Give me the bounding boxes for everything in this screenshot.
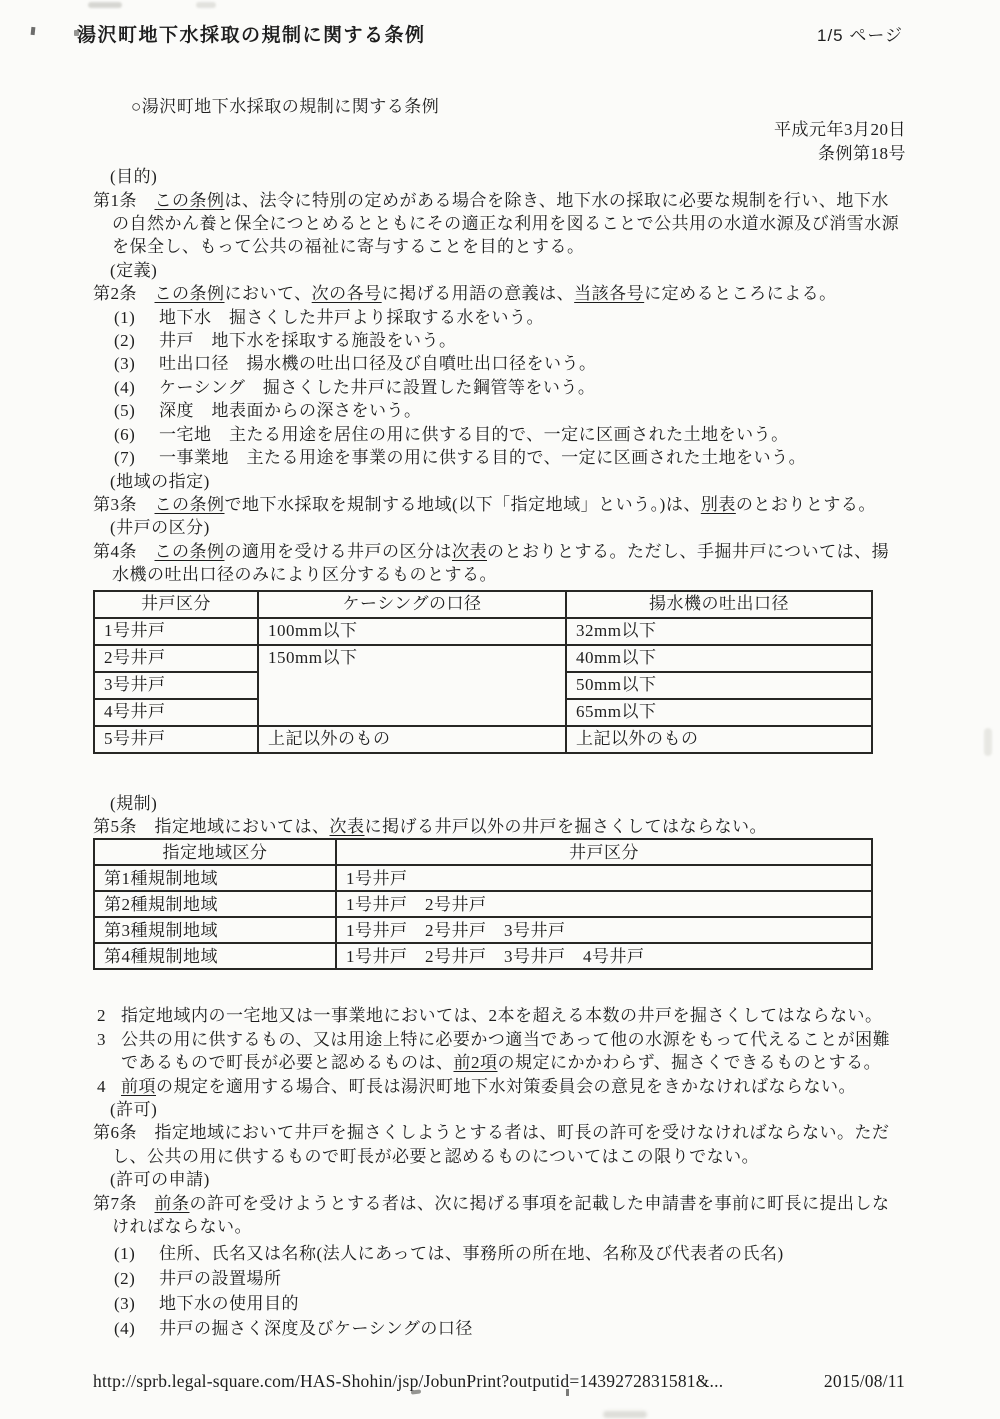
- discharge-cell: 50mm以下: [566, 672, 872, 699]
- definition-item: (7) 一事業地 主たる用途を事業の用に供する目的で、一定に区画された土地をいう…: [114, 446, 906, 469]
- paragraph-text: 前項の規定を適用する場合、町長は湯沢町地下水対策委員会の意見をきかなければならな…: [121, 1075, 906, 1098]
- well-class-cell: 5号井戸: [94, 726, 258, 753]
- print-footer: http://sprb.legal-square.com/HAS-Shohin/…: [93, 1371, 905, 1392]
- section-label-regulation: (規制): [110, 792, 906, 815]
- article-6: 第6条 指定地域において井戸を掘さくしようとする者は、町長の許可を受けなければな…: [93, 1121, 906, 1168]
- table-row: 第1種規制地域 1号井戸: [94, 865, 872, 891]
- article-7: 第7条 前条の許可を受けようとする者は、次に掲げる事項を記載した申請書を事前に町…: [93, 1192, 906, 1239]
- well-class-cell: 3号井戸: [94, 672, 258, 699]
- table-row: 1号井戸 100mm以下 32mm以下: [94, 618, 872, 645]
- paragraph-number: 3: [93, 1028, 121, 1075]
- item-text: 一事業地 主たる用途を事業の用に供する目的で、一定に区画された土地をいう。: [159, 446, 906, 469]
- article-4: 第4条 この条例の適用を受ける井戸の区分は次表のとおりとする。ただし、手掘井戸に…: [93, 540, 906, 587]
- item-text: 地下水 掘さくした井戸より採取する水をいう。: [159, 306, 906, 329]
- regulated-area-table: 指定地域区分 井戸区分 第1種規制地域 1号井戸 第2種規制地域 1号井戸 2号…: [93, 838, 873, 970]
- article-3: 第3条 この条例で地下水採取を規制する地域(以下「指定地域」という。)は、別表の…: [93, 493, 906, 516]
- ordinance-number: 条例第18号: [93, 142, 906, 165]
- area-class-cell: 第2種規制地域: [94, 891, 336, 917]
- application-item: (2) 井戸の設置場所: [114, 1266, 906, 1291]
- discharge-cell: 40mm以下: [566, 645, 872, 672]
- application-item: (3) 地下水の使用目的: [114, 1291, 906, 1316]
- column-header: 指定地域区分: [94, 839, 336, 865]
- column-header: 揚水機の吐出口径: [566, 591, 872, 618]
- casing-cell: 上記以外のもの: [258, 726, 566, 753]
- footer-print-date: 2015/08/11: [824, 1371, 905, 1392]
- item-number: (6): [114, 423, 159, 446]
- table-row: 5号井戸 上記以外のもの 上記以外のもの: [94, 726, 872, 753]
- item-number: (4): [114, 1316, 159, 1341]
- item-text: 井戸の設置場所: [159, 1266, 906, 1291]
- section-label-area-designation: (地域の指定): [110, 470, 906, 493]
- well-class-cell: 2号井戸: [94, 645, 258, 672]
- wells-cell: 1号井戸 2号井戸 3号井戸 4号井戸: [336, 943, 872, 969]
- discharge-cell: 上記以外のもの: [566, 726, 872, 753]
- document-title: ○湯沢町地下水採取の規制に関する条例: [131, 95, 906, 118]
- item-text: 吐出口径 揚水機の吐出口径及び自噴吐出口径をいう。: [159, 352, 906, 375]
- item-number: (2): [114, 329, 159, 352]
- item-text: 一宅地 主たる用途を居住の用に供する目的で、一定に区画された土地をいう。: [159, 423, 906, 446]
- table-row: 第3種規制地域 1号井戸 2号井戸 3号井戸: [94, 917, 872, 943]
- wells-cell: 1号井戸 2号井戸 3号井戸: [336, 917, 872, 943]
- section-label-application: (許可の申請): [110, 1168, 906, 1191]
- section-label-well-classification: (井戸の区分): [110, 516, 906, 539]
- discharge-cell: 65mm以下: [566, 699, 872, 726]
- item-number: (3): [114, 352, 159, 375]
- article-2: 第2条 この条例において、次の各号に掲げる用語の意義は、当該各号に定めるところに…: [93, 282, 906, 305]
- section-label-permission: (許可): [110, 1098, 906, 1121]
- item-text: 井戸 地下水を採取する施設をいう。: [159, 329, 906, 352]
- scanned-page: 湯沢町地下水採取の規制に関する条例 1/5 ページ ○湯沢町地下水採取の規制に関…: [0, 0, 1000, 1419]
- article-5-paragraph-3: 3 公共の用に供するもの、又は用途上特に必要かつ適当であって他の水源をもって代え…: [93, 1028, 906, 1075]
- item-number: (3): [114, 1291, 159, 1316]
- scan-artifact: [196, 2, 216, 8]
- well-class-cell: 1号井戸: [94, 618, 258, 645]
- paragraph-number: 4: [93, 1075, 121, 1098]
- section-label-purpose: (目的): [110, 165, 906, 188]
- article-5-paragraph-4: 4 前項の規定を適用する場合、町長は湯沢町地下水対策委員会の意見をきかなければな…: [93, 1075, 906, 1098]
- article-5-paragraph-2: 2 指定地域内の一宅地又は一事業地においては、2本を超える本数の井戸を掘さくして…: [93, 1004, 906, 1027]
- promulgation-date: 平成元年3月20日: [93, 118, 906, 141]
- definition-item: (1) 地下水 掘さくした井戸より採取する水をいう。: [114, 306, 906, 329]
- application-item: (4) 井戸の掘さく深度及びケーシングの口径: [114, 1316, 906, 1341]
- well-classification-table: 井戸区分 ケーシングの口径 揚水機の吐出口径 1号井戸 100mm以下 32mm…: [93, 590, 873, 754]
- item-text: 住所、氏名又は名称(法人にあっては、事務所の所在地、名称及び代表者の氏名): [159, 1241, 906, 1266]
- casing-cell: 150mm以下: [258, 645, 566, 726]
- definition-items: (1) 地下水 掘さくした井戸より採取する水をいう。 (2) 井戸 地下水を採取…: [114, 306, 906, 470]
- section-label-definitions: (定義): [110, 259, 906, 282]
- paragraph-text: 公共の用に供するもの、又は用途上特に必要かつ適当であって他の水源をもって代えるこ…: [121, 1028, 906, 1075]
- promulgation-block: 平成元年3月20日 条例第18号: [93, 118, 906, 165]
- footer-source-url: http://sprb.legal-square.com/HAS-Shohin/…: [93, 1371, 723, 1392]
- table-header-row: 指定地域区分 井戸区分: [94, 839, 872, 865]
- article-5: 第5条 指定地域においては、次表に掲げる井戸以外の井戸を掘さくしてはならない。: [93, 815, 906, 838]
- item-text: 井戸の掘さく深度及びケーシングの口径: [159, 1316, 906, 1341]
- item-text: 深度 地表面からの深さをいう。: [159, 399, 906, 422]
- table-row: 第2種規制地域 1号井戸 2号井戸: [94, 891, 872, 917]
- item-text: 地下水の使用目的: [159, 1291, 906, 1316]
- scan-artifact: [984, 728, 992, 756]
- table-row: 第4種規制地域 1号井戸 2号井戸 3号井戸 4号井戸: [94, 943, 872, 969]
- scan-artifact: [88, 2, 122, 8]
- application-item: (1) 住所、氏名又は名称(法人にあっては、事務所の所在地、名称及び代表者の氏名…: [114, 1241, 906, 1266]
- scan-artifact: [31, 27, 36, 35]
- item-number: (7): [114, 446, 159, 469]
- item-number: (5): [114, 399, 159, 422]
- item-number: (4): [114, 376, 159, 399]
- item-number: (2): [114, 1266, 159, 1291]
- definition-item: (5) 深度 地表面からの深さをいう。: [114, 399, 906, 422]
- paragraph-text: 指定地域内の一宅地又は一事業地においては、2本を超える本数の井戸を掘さくしてはな…: [121, 1004, 906, 1027]
- scan-artifact: [603, 1411, 647, 1418]
- table-row: 2号井戸 150mm以下 40mm以下: [94, 645, 872, 672]
- article-1: 第1条 この条例は、法令に特別の定めがある場合を除き、地下水の採取に必要な規制を…: [93, 189, 906, 259]
- discharge-cell: 32mm以下: [566, 618, 872, 645]
- column-header: ケーシングの口径: [258, 591, 566, 618]
- column-header: 井戸区分: [94, 591, 258, 618]
- area-class-cell: 第3種規制地域: [94, 917, 336, 943]
- well-class-cell: 4号井戸: [94, 699, 258, 726]
- paragraph-number: 2: [93, 1004, 121, 1027]
- definition-item: (6) 一宅地 主たる用途を居住の用に供する目的で、一定に区画された土地をいう。: [114, 423, 906, 446]
- item-number: (1): [114, 306, 159, 329]
- definition-item: (3) 吐出口径 揚水機の吐出口径及び自噴吐出口径をいう。: [114, 352, 906, 375]
- area-class-cell: 第4種規制地域: [94, 943, 336, 969]
- wells-cell: 1号井戸 2号井戸: [336, 891, 872, 917]
- definition-item: (2) 井戸 地下水を採取する施設をいう。: [114, 329, 906, 352]
- item-number: (1): [114, 1241, 159, 1266]
- column-header: 井戸区分: [336, 839, 872, 865]
- area-class-cell: 第1種規制地域: [94, 865, 336, 891]
- ordinance-body: ○湯沢町地下水採取の規制に関する条例 平成元年3月20日 条例第18号 (目的)…: [93, 95, 906, 1341]
- definition-item: (4) ケーシング 掘さくした井戸に設置した鋼管等をいう。: [114, 376, 906, 399]
- casing-cell: 100mm以下: [258, 618, 566, 645]
- table-header-row: 井戸区分 ケーシングの口径 揚水機の吐出口径: [94, 591, 872, 618]
- item-text: ケーシング 掘さくした井戸に設置した鋼管等をいう。: [159, 376, 906, 399]
- page-number-indicator: 1/5 ページ: [817, 21, 903, 46]
- application-items: (1) 住所、氏名又は名称(法人にあっては、事務所の所在地、名称及び代表者の氏名…: [114, 1241, 906, 1341]
- print-header-title: 湯沢町地下水採取の規制に関する条例: [77, 20, 426, 47]
- wells-cell: 1号井戸: [336, 865, 872, 891]
